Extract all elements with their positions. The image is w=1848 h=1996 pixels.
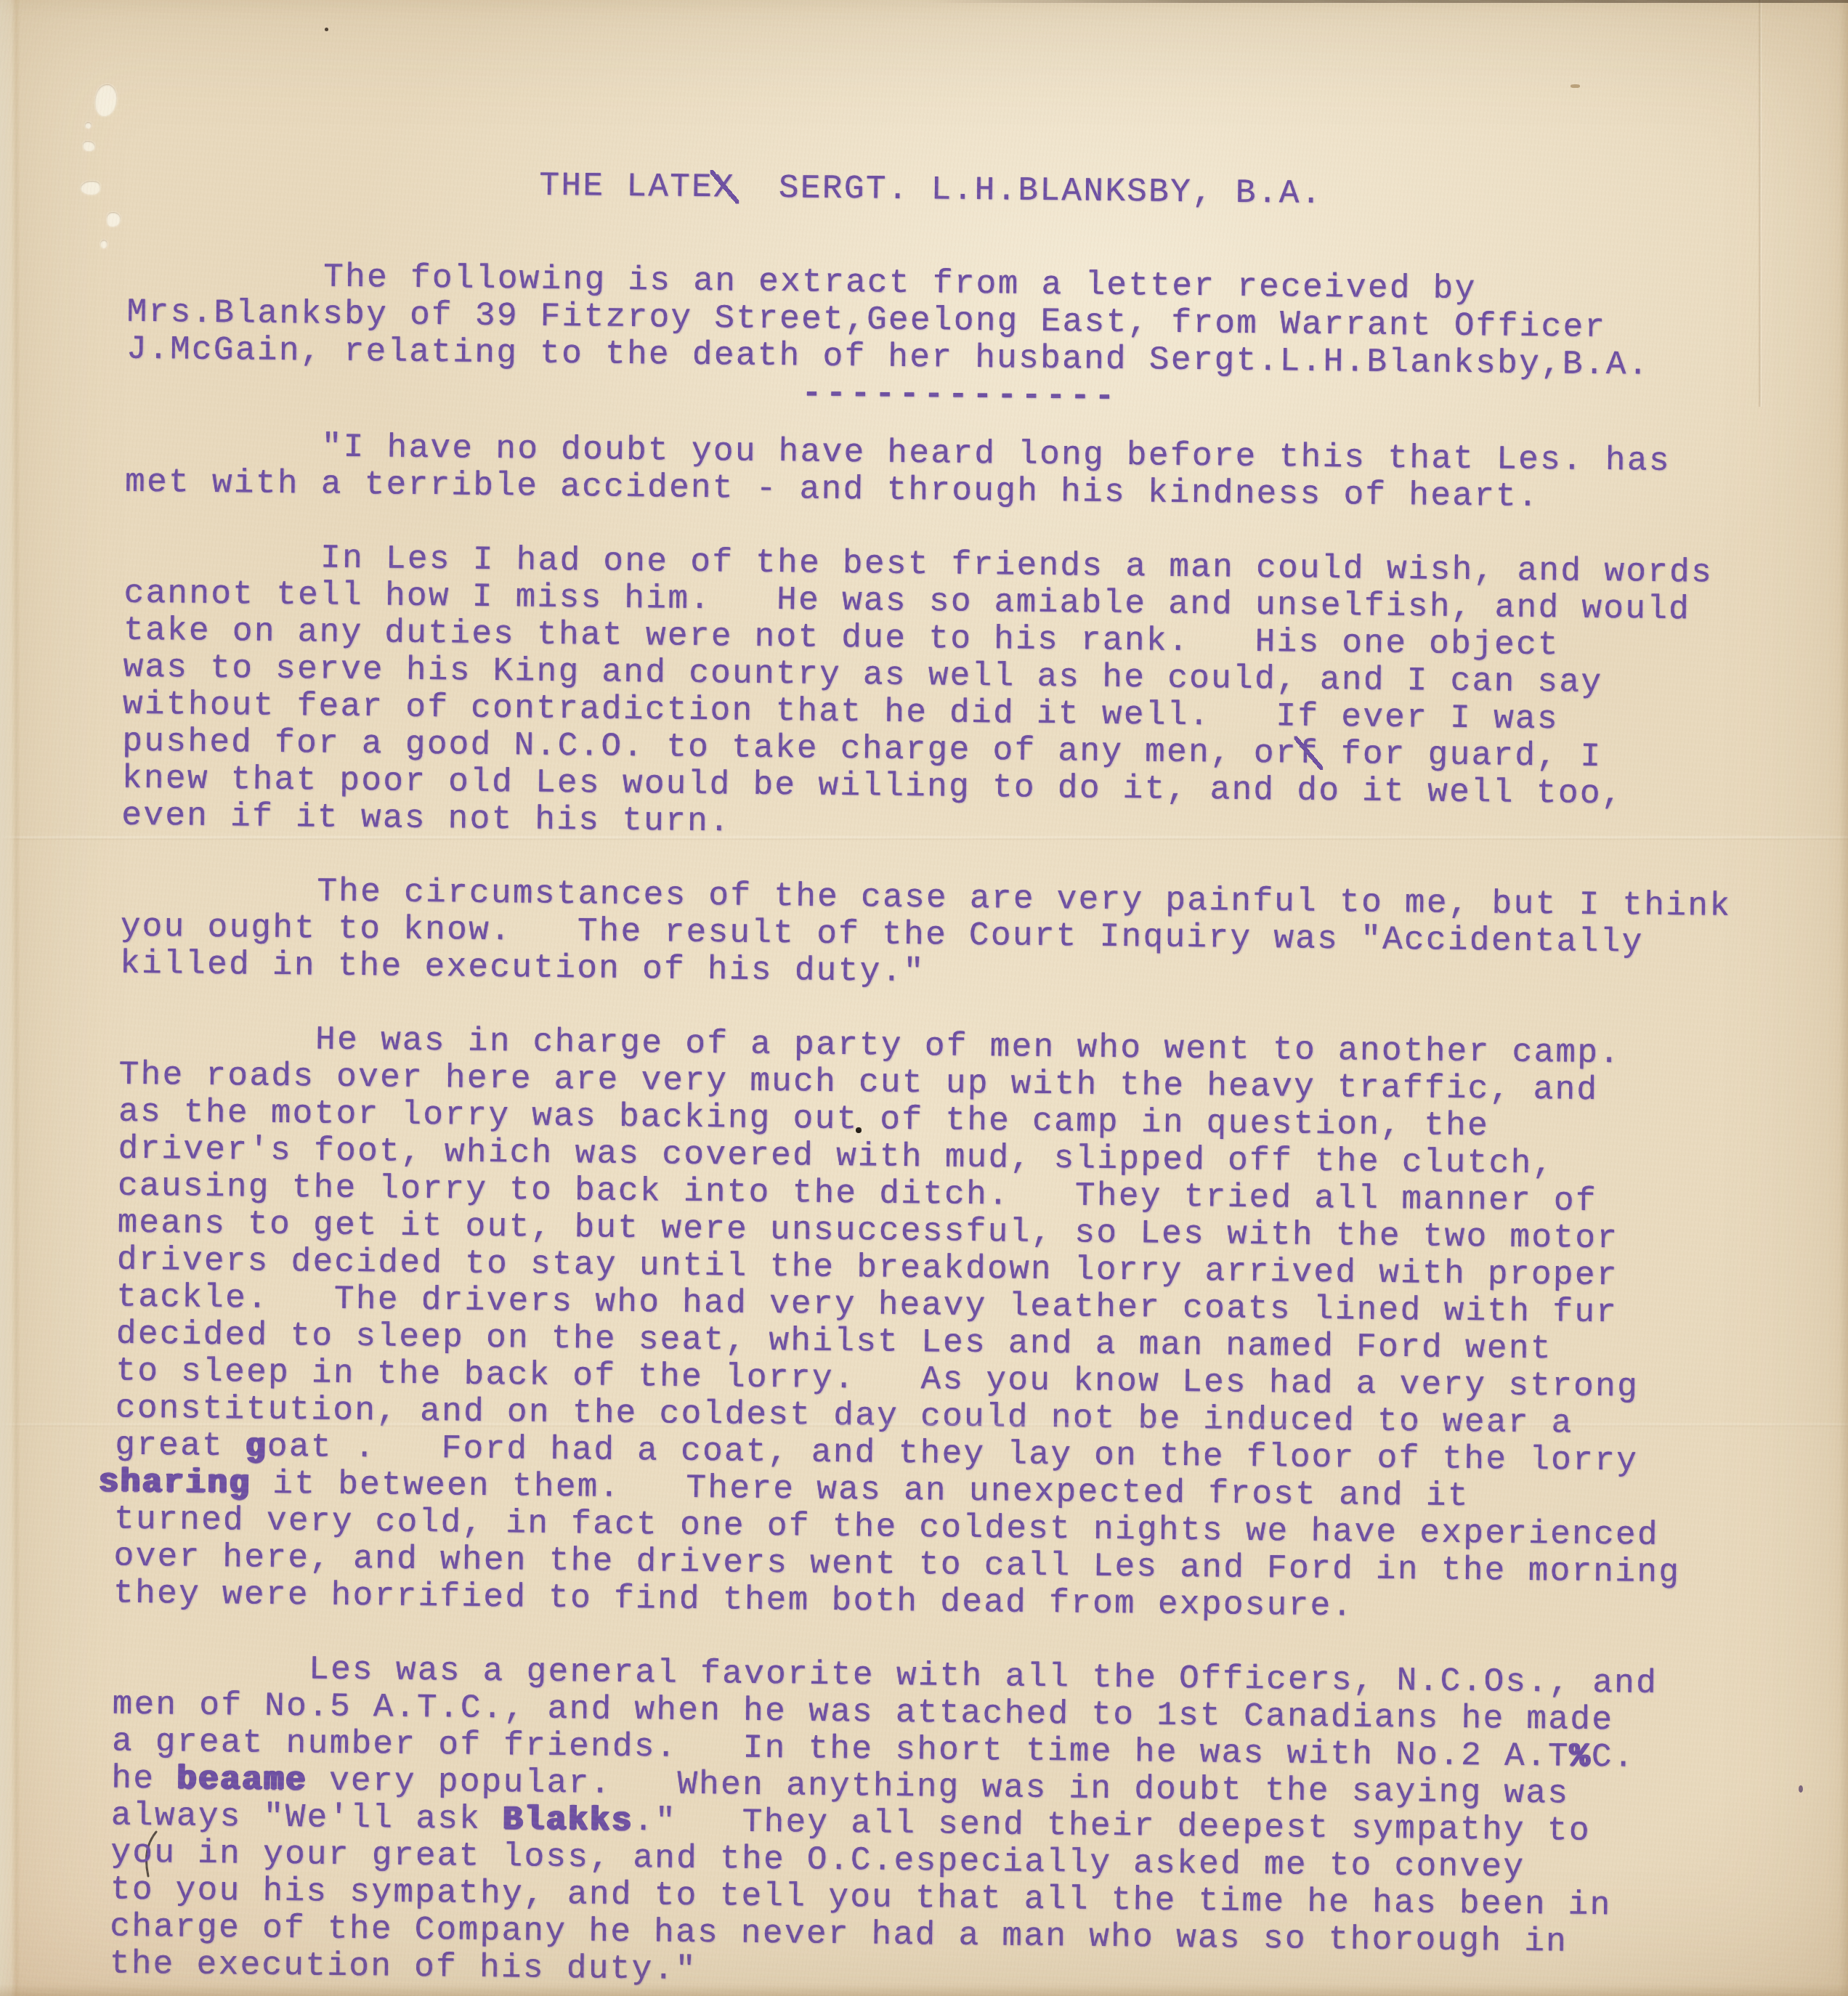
letter-document: THE LATEX SERGT. L.H.BLANKSBY, B.A. The … bbox=[0, 0, 1848, 1996]
crease bbox=[1758, 0, 1762, 407]
typed-text: great bbox=[115, 1427, 246, 1466]
paragraph: The circumstances of the case are very p… bbox=[120, 872, 1841, 1001]
typed-text: even if it was not his turn. bbox=[121, 797, 731, 841]
typed-text: for guard, I bbox=[1319, 735, 1602, 776]
typed-text-block: THE LATEX SERGT. L.H.BLANKSBY, B.A. The … bbox=[0, 0, 1848, 1996]
paper-edge bbox=[1839, 0, 1848, 1996]
paper-edge bbox=[0, 0, 20, 1996]
typed-text: C. bbox=[1592, 1738, 1635, 1777]
typed-text: always "We'll ask bbox=[111, 1797, 503, 1839]
overstruck-text: sharing bbox=[98, 1463, 251, 1502]
typed-text: SERGT. L.H.BLANKSBY, B.A. bbox=[735, 169, 1323, 212]
overstruck-text: g bbox=[246, 1427, 268, 1465]
paragraph: In Les I had one of the best friends a m… bbox=[121, 538, 1844, 853]
intro-paragraph: The following is an extract from a lette… bbox=[126, 257, 1847, 386]
overstruck-text: % bbox=[1570, 1738, 1592, 1776]
paper-edge bbox=[930, 0, 1848, 3]
typed-text: the execution of his duty." bbox=[110, 1945, 697, 1989]
overstruck-text: beaame bbox=[177, 1761, 307, 1800]
struck-out-character: f bbox=[1297, 735, 1320, 773]
overstruck-text: Blakks bbox=[503, 1801, 633, 1840]
typed-text: killed in the execution of his duty." bbox=[120, 945, 925, 991]
paragraph: "I have no doubt you have heard long bef… bbox=[125, 427, 1846, 519]
letter-title: THE LATEX SERGT. L.H.BLANKSBY, B.A. bbox=[539, 168, 1848, 219]
struck-out-character: X bbox=[713, 169, 736, 206]
paragraph: Les was a general favorite with all the … bbox=[110, 1650, 1833, 1996]
letter-paragraphs: "I have no doubt you have heard long bef… bbox=[110, 427, 1846, 1996]
typed-text: THE LATE bbox=[539, 167, 713, 207]
typed-text: he bbox=[111, 1760, 177, 1798]
paper-edge bbox=[0, 1984, 1848, 1996]
paragraph: He was in charge of a party of men who w… bbox=[113, 1020, 1839, 1631]
